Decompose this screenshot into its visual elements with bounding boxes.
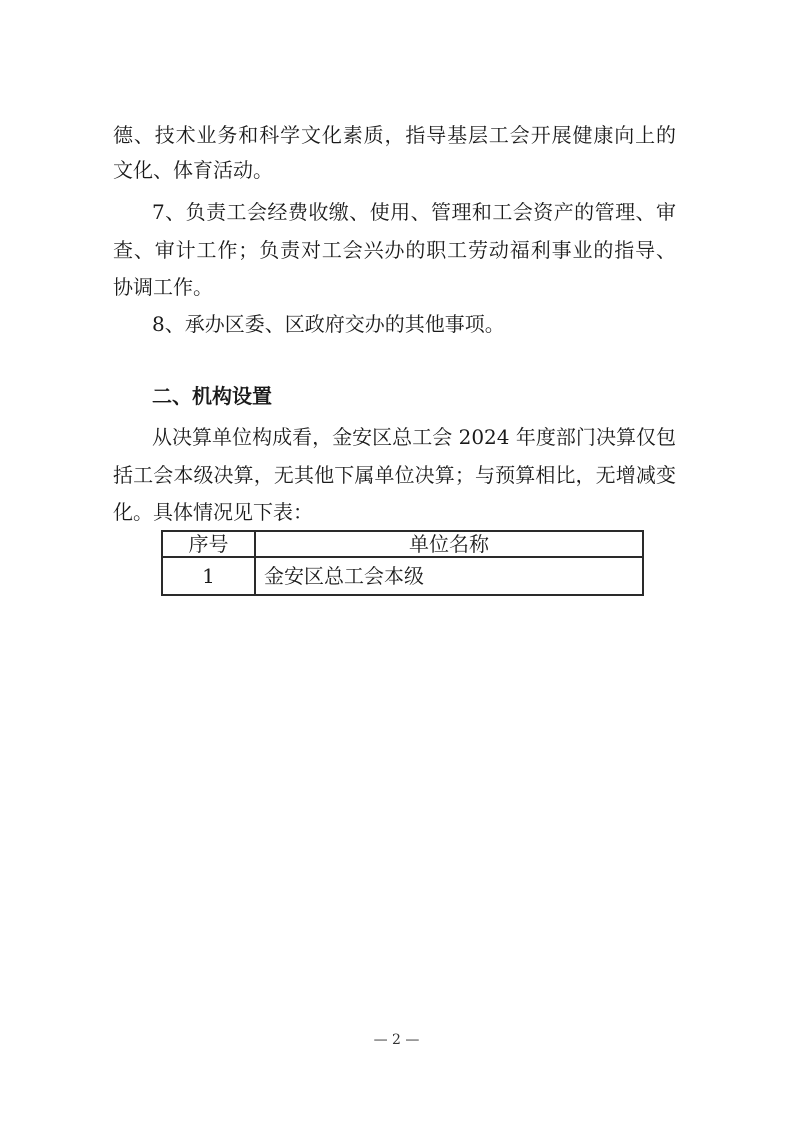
header-unit-name: 单位名称 (255, 531, 643, 557)
header-index: 序号 (162, 531, 255, 557)
paragraph-line: 7、负责工会经费收缴、使用、管理和工会资产的管理、审 (152, 197, 676, 227)
document-page: 德、技术业务和科学文化素质，指导基层工会开展健康向上的 文化、体育活动。 7、负… (0, 0, 793, 1122)
paragraph-line: 查、审计工作；负责对工会兴办的职工劳动福利事业的指导、 (113, 235, 676, 265)
paragraph-line: 文化、体育活动。 (113, 155, 676, 185)
paragraph-line: 协调工作。 (113, 272, 676, 302)
section-heading: 二、机构设置 (152, 381, 272, 411)
table-header-row: 序号 单位名称 (162, 531, 643, 557)
units-table: 序号 单位名称 1 金安区总工会本级 (161, 530, 644, 596)
paragraph-line: 从决算单位构成看，金安区总工会 2024 年度部门决算仅包 (152, 422, 676, 452)
paragraph-line: 化。具体情况见下表： (113, 497, 676, 527)
cell-unit-name: 金安区总工会本级 (255, 557, 643, 595)
paragraph-line: 8、承办区委、区政府交办的其他事项。 (152, 309, 676, 339)
table-row: 1 金安区总工会本级 (162, 557, 643, 595)
paragraph-line: 德、技术业务和科学文化素质，指导基层工会开展健康向上的 (113, 120, 676, 150)
page-number: — 2 — (0, 1030, 793, 1050)
cell-index: 1 (162, 557, 255, 595)
paragraph-line: 括工会本级决算，无其他下属单位决算；与预算相比，无增减变 (113, 460, 676, 490)
